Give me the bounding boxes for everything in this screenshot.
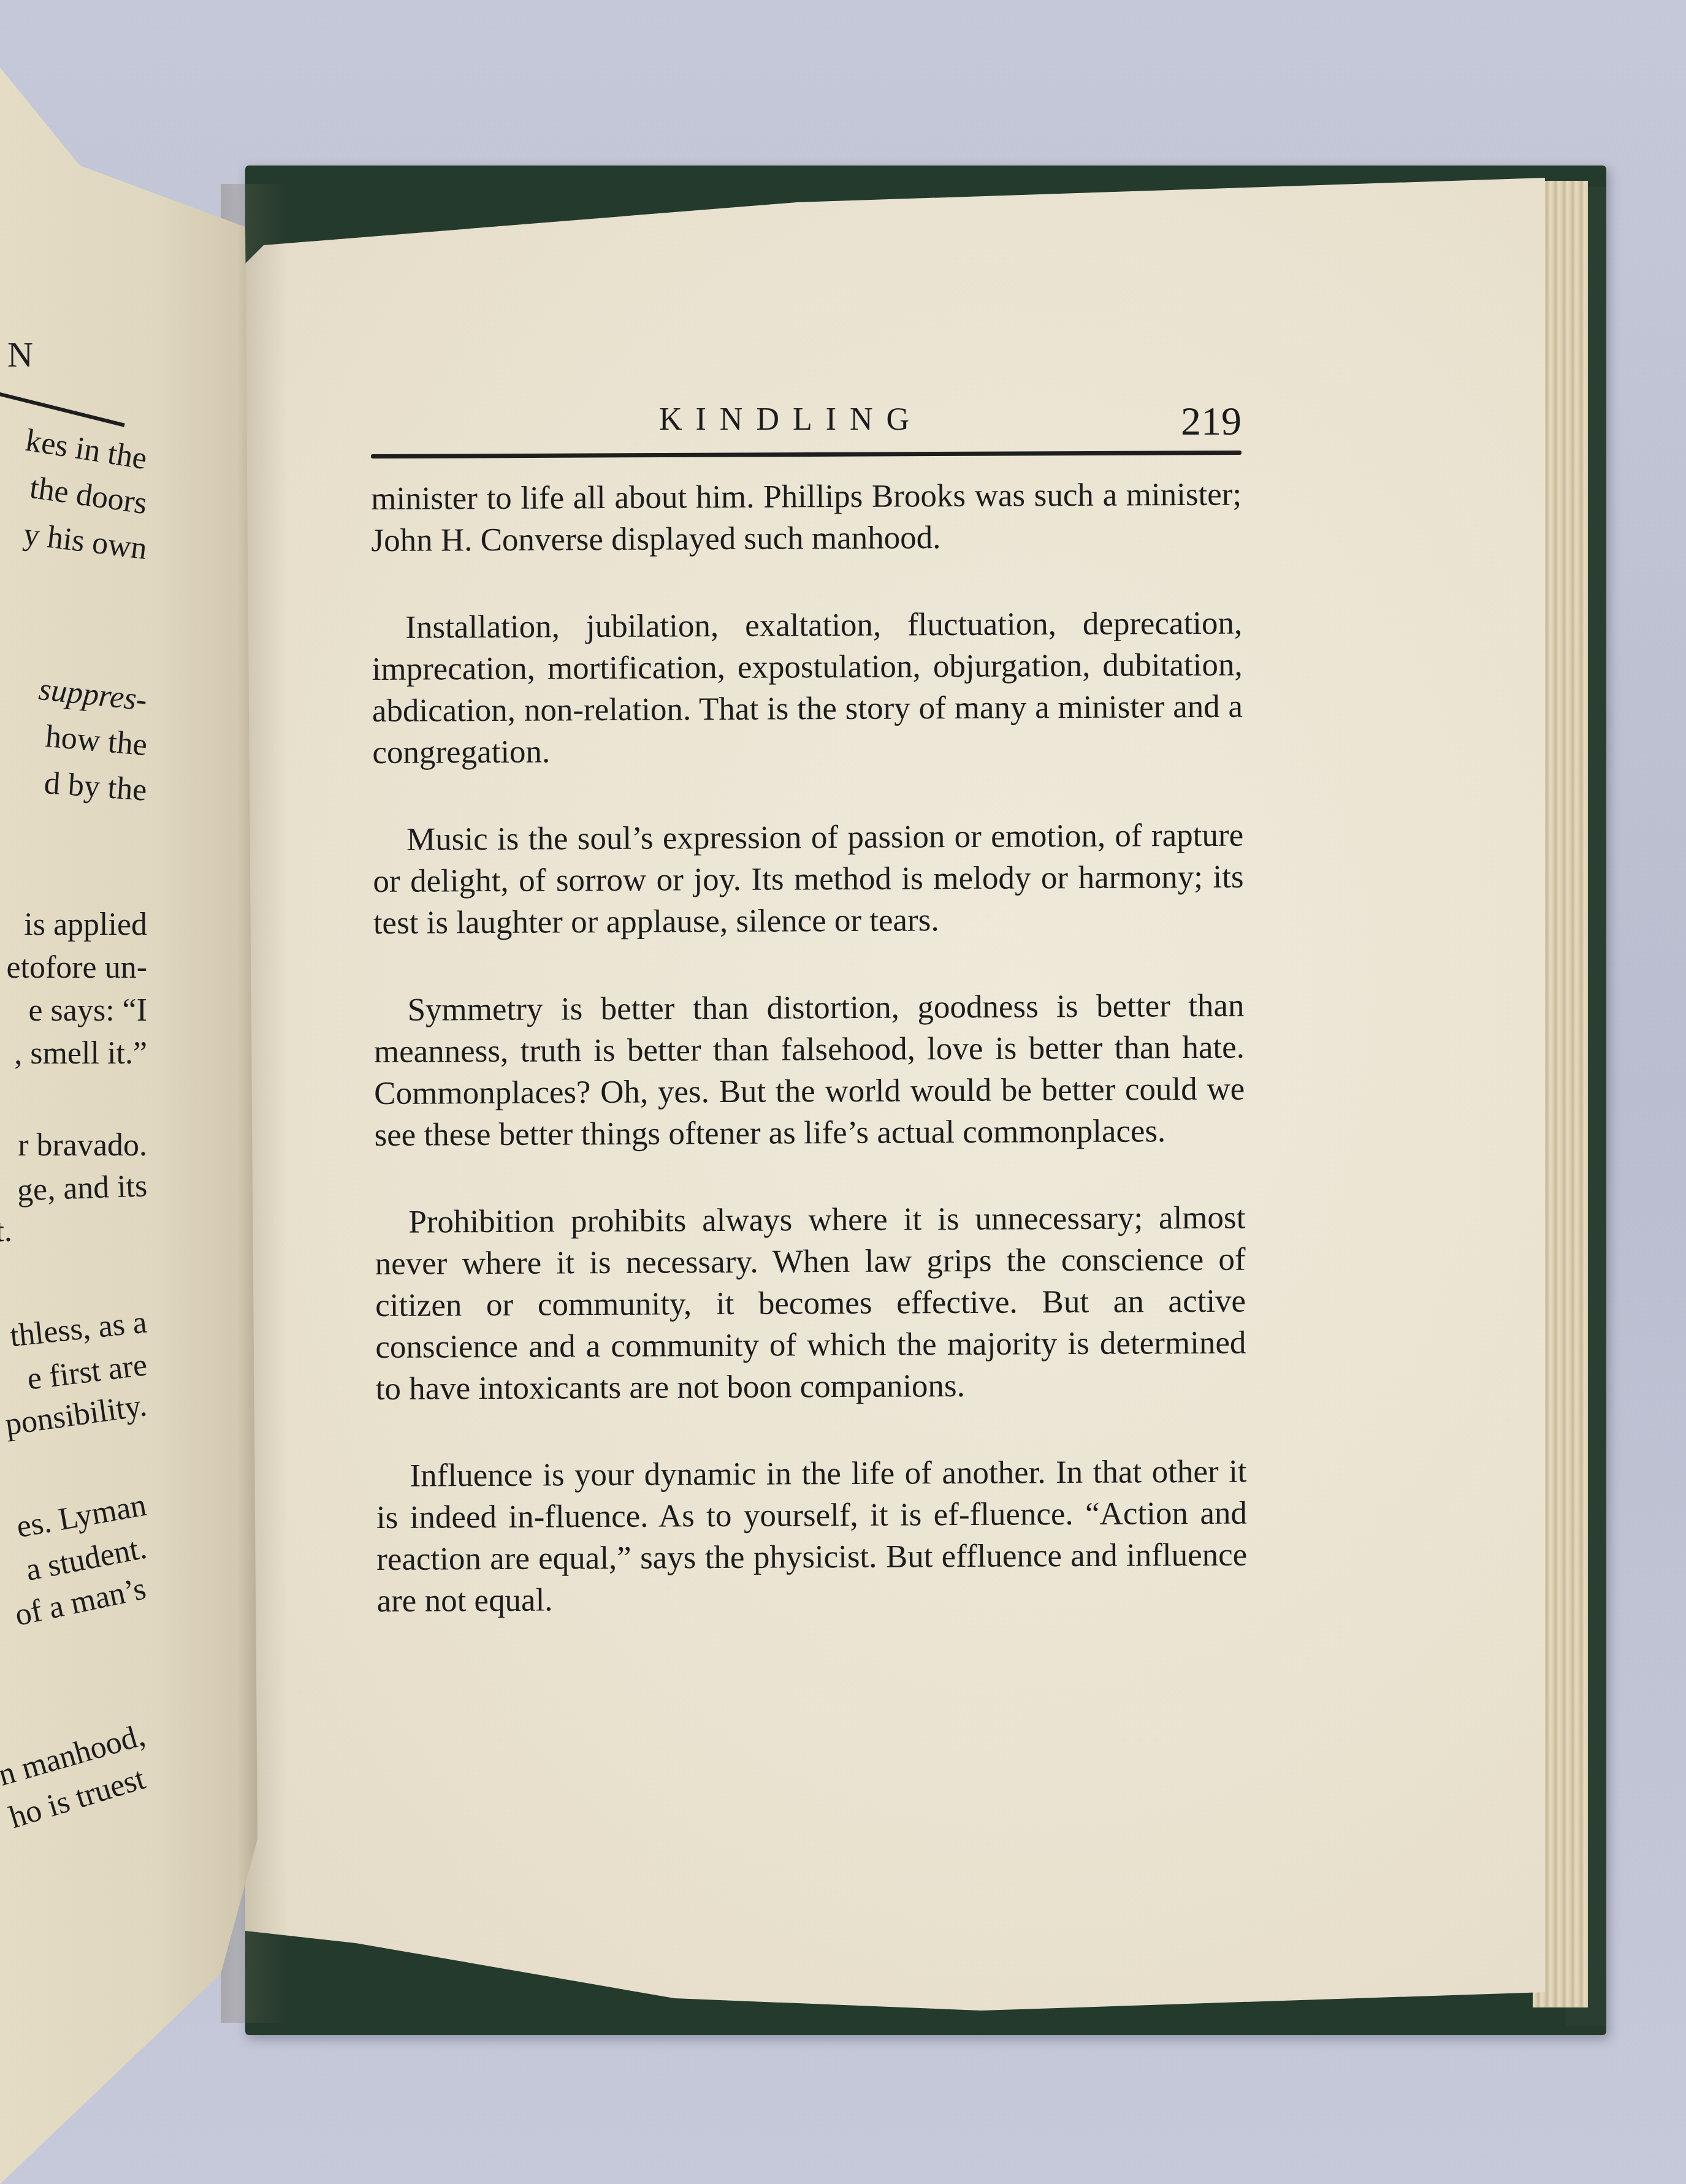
paragraph: Installation, jubilation, exaltation, fl…	[372, 603, 1243, 774]
paragraph: Symmetry is better than distortion, good…	[373, 985, 1245, 1156]
paragraph: minister to life all about him. Phillips…	[371, 474, 1242, 561]
left-line: suppres-	[37, 669, 149, 721]
left-line: , smell it.”	[14, 1033, 147, 1075]
left-page: N kes in the the doors y his own suppres…	[0, 0, 257, 2184]
left-line: t.	[0, 1211, 12, 1252]
paragraph: Influence is your dynamic in the life of…	[376, 1451, 1247, 1622]
left-line: ge, and its	[17, 1165, 148, 1211]
left-header-rule	[0, 392, 125, 427]
page-number: 219	[1181, 398, 1242, 445]
left-running-head-fragment: N	[7, 334, 33, 375]
page-body: minister to life all about him. Phillips…	[371, 474, 1248, 1667]
left-line: is applied	[24, 904, 147, 946]
chapter-title: KINDLING	[659, 401, 923, 438]
left-line: etofore un-	[6, 947, 147, 989]
left-line: e says: “I	[29, 990, 147, 1032]
left-line: ponsibility.	[2, 1385, 149, 1446]
left-line: r bravado.	[18, 1125, 147, 1166]
left-line: how the	[44, 716, 148, 766]
left-line: d by the	[43, 763, 148, 812]
paragraph: Music is the soul’s expression of passio…	[373, 815, 1244, 944]
running-head: KINDLING 219	[371, 398, 1242, 454]
paragraph: Prohibition prohibits always where it is…	[375, 1197, 1246, 1410]
